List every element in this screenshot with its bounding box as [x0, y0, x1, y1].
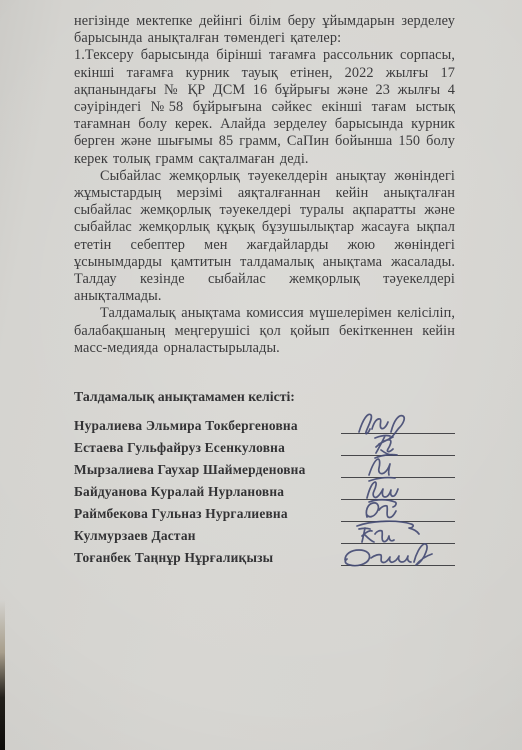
document-body: негізінде мектепке дейінгі білім беру ұй…: [74, 13, 455, 568]
signatory-name: Нуралиева Эльмира Токбергеновна: [74, 416, 298, 436]
paragraph-finding-1: 1.Тексеру барысында бірінші тағамға расс…: [74, 47, 455, 167]
scan-edge-shadow: [0, 0, 5, 750]
scanned-document-page: { "document": { "paragraphs": [ "негізін…: [0, 0, 522, 750]
signatory-name: Байдуанова Куралай Нурлановна: [74, 482, 284, 502]
signature-line: [341, 545, 455, 566]
signatory-name: Естаева Гульфайруз Есенкуловна: [74, 438, 285, 458]
agreement-heading: Талдамалық анықтамамен келісті:: [74, 388, 455, 405]
signatory-name: Мырзалиева Гаухар Шаймерденовна: [74, 460, 306, 480]
signatory-name: Раймбекова Гульназ Нургалиевна: [74, 504, 288, 524]
signatory-row: Тоғанбек Таңнұр Нұрғалиқызы: [74, 546, 455, 568]
handwritten-signature-icon: [337, 539, 457, 571]
paragraph-corruption-risks: Сыбайлас жемқорлық тәуекелдерін анықтау …: [74, 168, 455, 306]
signatory-name: Тоғанбек Таңнұр Нұрғалиқызы: [74, 548, 273, 568]
signatory-name: Кулмурзаев Дастан: [74, 526, 196, 546]
paragraph-publication: Талдамалық анықтама комиссия мүшелерімен…: [74, 305, 455, 357]
agreement-section: Талдамалық анықтамамен келісті: Нуралиев…: [74, 388, 455, 568]
paragraph-continuation: негізінде мектепке дейінгі білім беру ұй…: [74, 13, 455, 47]
